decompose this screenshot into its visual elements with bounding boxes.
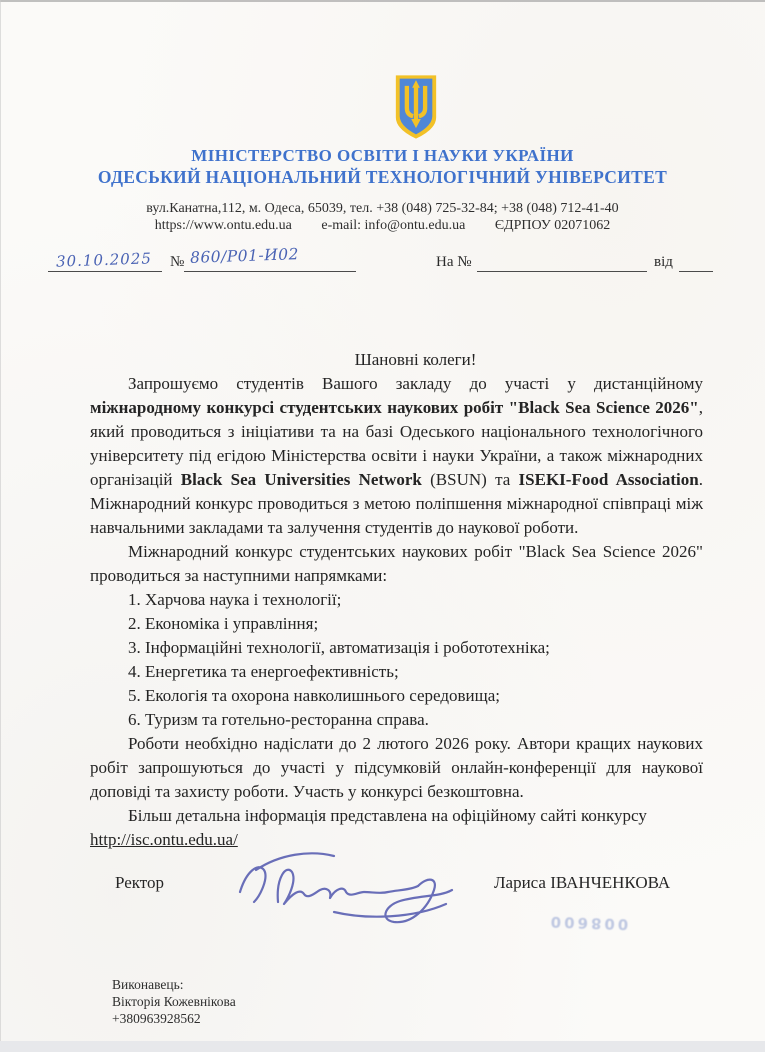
handwritten-date: 30.10.2025 (56, 249, 152, 270)
paragraph-directions-intro: Міжнародний конкурс студентських наукови… (90, 540, 703, 588)
direction-item: 1. Харчова наука і технології; (128, 588, 703, 612)
scan-top-edge (0, 0, 765, 2)
executor-label: Виконавець: (112, 976, 236, 993)
university-address: вул.Канатна,112, м. Одеса, 65039, тел. +… (0, 201, 765, 217)
bold-text-segment: міжнародному конкурсі студентських науко… (90, 398, 699, 417)
handwritten-registration-number: 860/Р01-И02 (190, 245, 299, 267)
scan-bottom-edge (0, 1041, 765, 1052)
university-contacts: https://www.ontu.edu.ua e-mail: info@ont… (0, 218, 765, 234)
scanned-letter-page: МІНІСТЕРСТВО ОСВІТИ І НАУКИ УКРАЇНИ ОДЕС… (0, 0, 765, 1052)
direction-item: 6. Туризм та готельно-ресторанна справа. (128, 708, 703, 732)
paragraph-invitation: Запрошуємо студентів Вашого закладу до у… (90, 372, 703, 540)
university-email: e-mail: info@ontu.edu.ua (321, 218, 465, 233)
direction-item: 2. Економіка і управління; (128, 612, 703, 636)
rector-handwritten-signature (222, 840, 482, 940)
university-edrpou: ЄДРПОУ 02071062 (495, 218, 610, 233)
ministry-title: МІНІСТЕРСТВО ОСВІТИ І НАУКИ УКРАЇНИ (0, 146, 765, 166)
paragraph-more-info: Більш детальна інформація представлена н… (90, 804, 703, 828)
letter-body: Шановні колеги! Запрошуємо студентів Ваш… (90, 348, 703, 852)
direction-item: 3. Інформаційні технології, автоматизаці… (128, 636, 703, 660)
salutation: Шановні колеги! (90, 348, 703, 372)
directions-list: 1. Харчова наука і технології;2. Економі… (128, 588, 703, 732)
incoming-number-label: На № (436, 254, 472, 271)
number-sign: № (170, 254, 184, 271)
executor-name: Вікторія Кожевнікова (112, 993, 236, 1010)
document-stamp-number: 008600 (543, 912, 634, 933)
from-date-label: від (654, 254, 673, 271)
registration-number-underline (184, 271, 356, 272)
direction-item: 5. Екологія та охорона навколишнього сер… (128, 684, 703, 708)
from-date-underline (679, 271, 713, 272)
ukraine-trident-emblem-icon (392, 72, 440, 142)
text-segment: Запрошуємо студентів Вашого закладу до у… (128, 374, 703, 393)
executor-phone: +380963928562 (112, 1010, 236, 1027)
bold-text-segment: Black Sea Universities Network (181, 470, 422, 489)
incoming-number-underline (477, 271, 647, 272)
executor-block: Виконавець: Вікторія Кожевнікова +380963… (112, 976, 236, 1027)
signer-position: Ректор (115, 873, 164, 893)
bold-text-segment: ISEKI-Food Association (519, 470, 699, 489)
paragraph-deadline: Роботи необхідно надіслати до 2 лютого 2… (90, 732, 703, 804)
date-underline (48, 271, 162, 272)
signer-name: Лариса ІВАНЧЕНКОВА (494, 873, 670, 893)
text-segment: (BSUN) та (422, 470, 519, 489)
university-website: https://www.ontu.edu.ua (155, 218, 292, 233)
direction-item: 4. Енергетика та енергоефективність; (128, 660, 703, 684)
university-title: ОДЕСЬКИЙ НАЦІОНАЛЬНИЙ ТЕХНОЛОГІЧНИЙ УНІВ… (0, 167, 765, 188)
